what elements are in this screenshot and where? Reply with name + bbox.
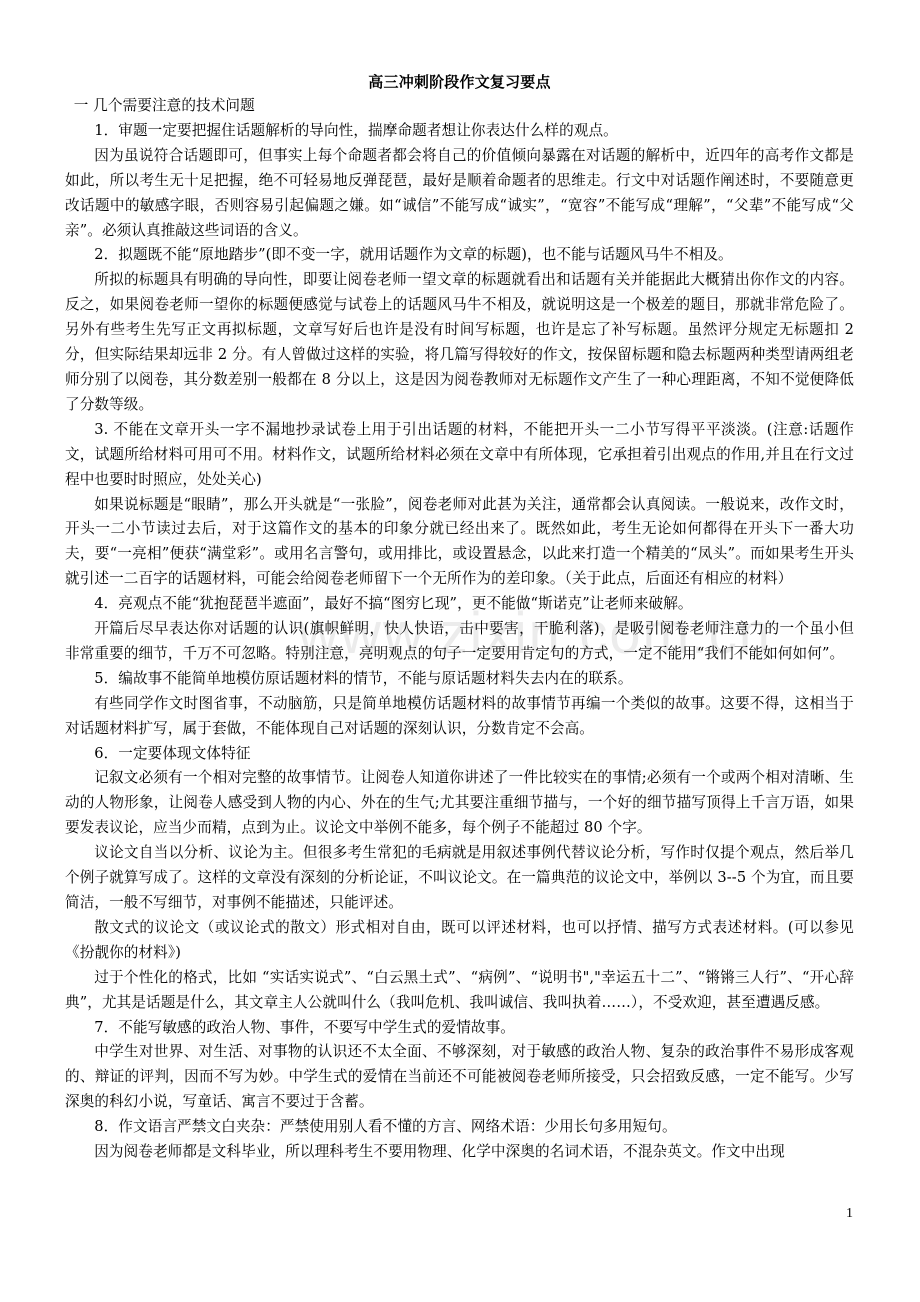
item-heading-6: 6．一定要体现文体特征 bbox=[65, 742, 854, 767]
item-heading-3: 3. 不能在文章开头一字不漏地抄录试卷上用于引出话题的材料，不能把开头一二小节写… bbox=[65, 418, 854, 493]
item-heading-4: 4．亮观点不能“犹抱琵琶半遮面”，最好不搞“图穷匕现”，更不能做“斯诺克”让老师… bbox=[65, 592, 854, 617]
item-heading-1: 1．审题一定要把握住话题解析的导向性，揣摩命题者想让你表达什么样的观点。 bbox=[65, 119, 854, 144]
body-paragraph: 议论文自当以分析、议论为主。但很多考生常犯的毛病就是用叙述事例代替议论分析，写作… bbox=[65, 841, 854, 916]
body-paragraph: 所拟的标题具有明确的导向性，即要让阅卷老师一望文章的标题就看出和话题有关并能据此… bbox=[65, 268, 854, 417]
item-heading-2: 2．拟题既不能“原地踏步”(即不变一字，就用话题作为文章的标题)，也不能与话题风… bbox=[65, 243, 854, 268]
body-paragraph: 因为虽说符合话题即可，但事实上每个命题者都会将自己的价值倾向暴露在对话题的解析中… bbox=[65, 144, 854, 244]
item-heading-8: 8．作文语言严禁文白夹杂：严禁使用别人看不懂的方言、网络术语：少用长句多用短句。 bbox=[65, 1115, 854, 1140]
document-title: 高三冲刺阶段作文复习要点 bbox=[65, 70, 854, 94]
item-heading-5: 5．编故事不能简单地模仿原话题材料的情节，不能与原话题材料失去内在的联系。 bbox=[65, 667, 854, 692]
body-paragraph: 散文式的议论文（或议论式的散文）形式相对自由，既可以评述材料，也可以抒情、描写方… bbox=[65, 916, 854, 966]
body-paragraph: 因为阅卷老师都是文科毕业，所以理科考生不要用物理、化学中深奥的名词术语，不混杂英… bbox=[65, 1140, 854, 1165]
item-heading-7: 7．不能写敏感的政治人物、事件，不要写中学生式的爱情故事。 bbox=[65, 1016, 854, 1041]
body-paragraph: 有些同学作文时图省事，不动脑筋，只是简单地模仿话题材料的故事情节再编一个类似的故… bbox=[65, 692, 854, 742]
section-heading: 一 几个需要注意的技术问题 bbox=[65, 94, 854, 119]
body-paragraph: 记叙文必须有一个相对完整的故事情节。让阅卷人知道你讲述了一件比较实在的事情;必须… bbox=[65, 766, 854, 841]
body-paragraph: 如果说标题是“眼睛”，那么开头就是“一张脸”，阅卷老师对此甚为关注，通常都会认真… bbox=[65, 493, 854, 593]
body-paragraph: 中学生对世界、对生活、对事物的认识还不太全面、不够深刻，对于敏感的政治人物、复杂… bbox=[65, 1040, 854, 1115]
body-paragraph: 过于个性化的格式，比如 “实话实说式”、“白云黑土式”、“病例”、“说明书","… bbox=[65, 966, 854, 1016]
document-page: 高三冲刺阶段作文复习要点 一 几个需要注意的技术问题 1．审题一定要把握住话题解… bbox=[65, 70, 854, 1165]
body-paragraph: 开篇后尽早表达你对话题的认识(旗帜鲜明，快人快语，击中要害，干脆利落)，是吸引阅… bbox=[65, 617, 854, 667]
page-number: 1 bbox=[846, 1206, 853, 1222]
